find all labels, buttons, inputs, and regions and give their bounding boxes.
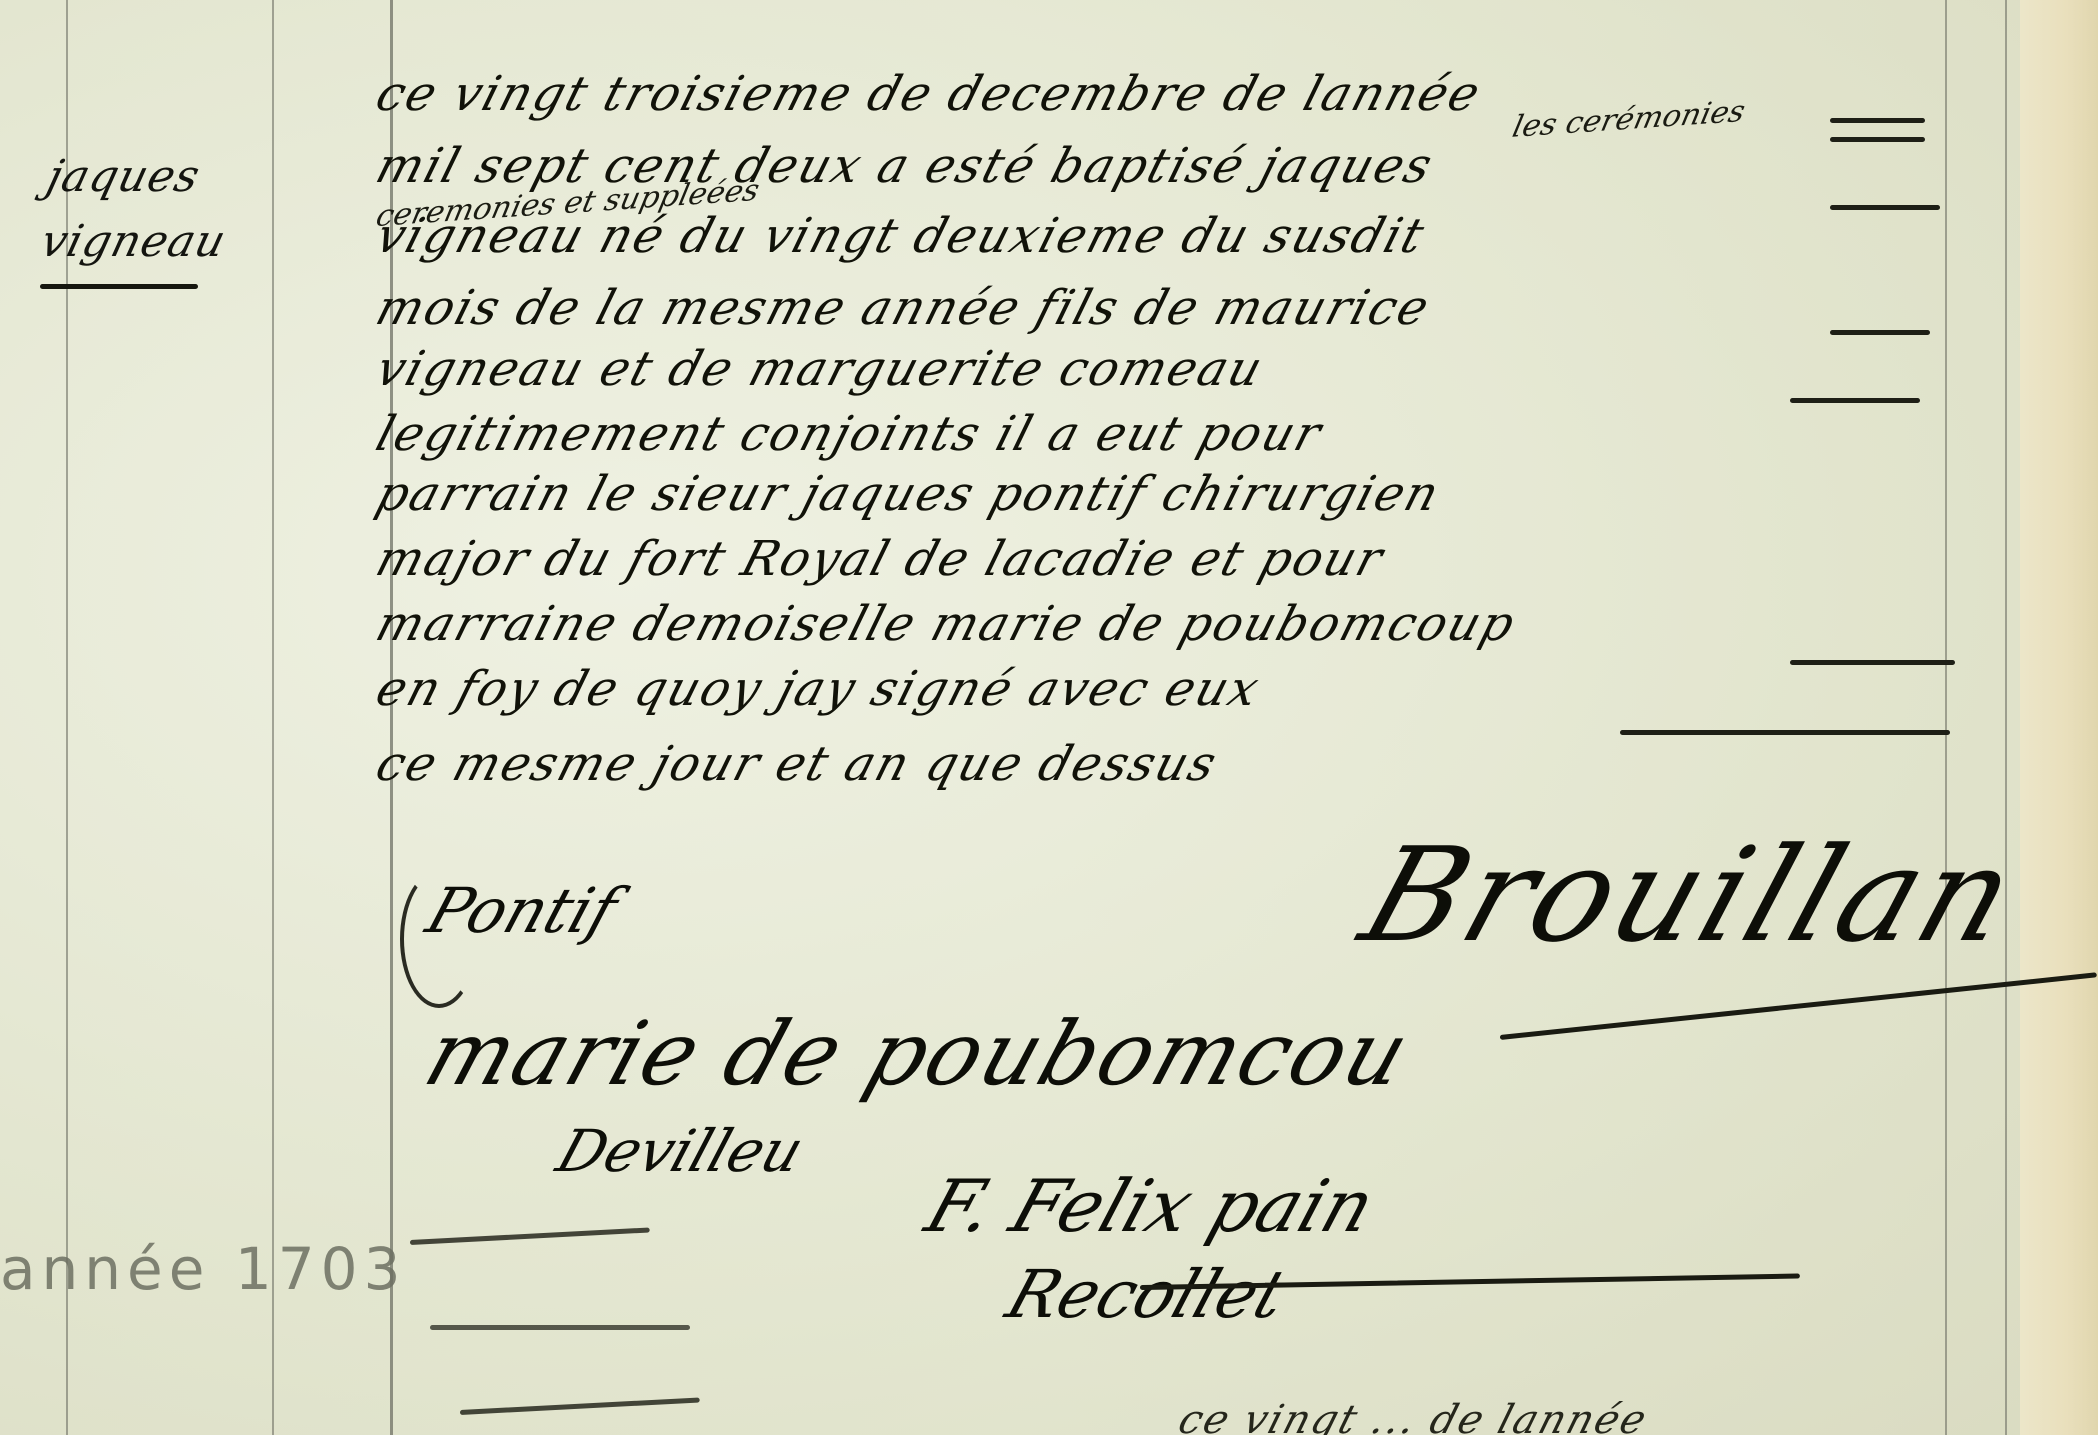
body-line-2: mil sept cent deux a esté baptisé jaques: [371, 142, 1439, 190]
body-line-5: vigneau et de marguerite comeau: [371, 345, 1269, 393]
fill-dash: [1790, 660, 1955, 665]
fill-dash: [1830, 118, 1925, 123]
body-line-7: parrain le sieur jaques pontif chirurgie…: [371, 470, 1446, 518]
fill-dash: [1830, 137, 1925, 142]
filler-stroke: [430, 1325, 690, 1330]
margin-given-name: jaques: [43, 155, 205, 199]
fill-dash: [1830, 205, 1940, 210]
body-line-10: en foy de quoy jay signé avec eux: [371, 665, 1266, 713]
body-line-11: ce mesme jour et an que dessus: [371, 740, 1223, 788]
signature-flourish: [400, 870, 478, 1008]
body-line-4: mois de la mesme année fils de maurice: [371, 284, 1436, 332]
fill-dash: [1620, 730, 1950, 735]
body-line-3: vigneau né du vingt deuxieme du susdit: [371, 212, 1431, 260]
body-line-8: major du fort Royal de lacadie et pour: [371, 535, 1389, 583]
body-line-1: ce vingt troisieme de decembre de lannée: [371, 70, 1487, 118]
signature-felix: F. Felix pain: [918, 1170, 1383, 1242]
margin-rule-2: [272, 0, 274, 1435]
page-edge: [2020, 0, 2098, 1435]
fill-dash: [1790, 398, 1920, 403]
margin-underline: [40, 284, 198, 289]
body-line-6: legitimement conjoints il a eut pour: [371, 410, 1328, 458]
next-entry-fragment: ce vingt ... de lannée: [1174, 1400, 1652, 1435]
right-rule-1: [1945, 0, 1947, 1435]
pencil-year-note: année 1703: [0, 1235, 406, 1303]
body-line-9: marraine demoiselle marie de poubomcoup: [371, 600, 1521, 648]
signature-brouillan: Brouillan: [1349, 830, 2033, 960]
margin-surname: vigneau: [37, 220, 231, 264]
right-rule-2: [2005, 0, 2007, 1435]
signature-devilleu: Devilleu: [551, 1122, 811, 1180]
signature-marraine: marie de poubomcou: [416, 1010, 1421, 1098]
signature-recollet: Recollet: [999, 1262, 1294, 1328]
fill-dash: [1830, 330, 1930, 335]
